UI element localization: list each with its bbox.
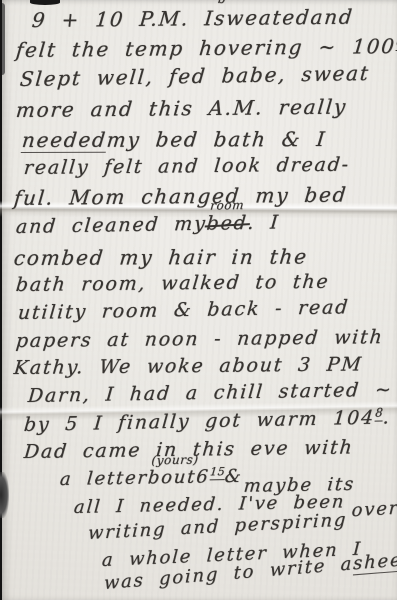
- handwriting-segment: bath room, walked to the: [15, 271, 331, 296]
- handwriting-segment: .: [382, 406, 392, 428]
- handwriting-correction: bout(yours): [147, 467, 197, 489]
- handwritten-line-10: bath room, walked to the: [15, 271, 331, 296]
- handwriting-segment: 9 + 10 P.M. I: [31, 6, 216, 32]
- handwritten-line-1: 9 + 10 P.M. I sweatedb and: [31, 5, 355, 32]
- handwritten-line-17: a letter bout(yours) 6 15 & maybe its: [59, 463, 355, 490]
- handwriting-segment: sweated: [213, 5, 312, 30]
- handwriting-segment: 15: [209, 465, 226, 480]
- handwritten-line-4: more and this A.M. really: [15, 95, 348, 122]
- handwritten-line-12: papers at noon - napped with: [15, 326, 385, 352]
- handwriting-segment: combed my hair in the: [13, 244, 309, 270]
- handwritten-text-block: 9 + 10 P.M. I sweatedb andfelt the temp …: [2, 0, 397, 600]
- handwriting-segment: &: [224, 466, 244, 487]
- handwriting-segment: papers at noon - napped with: [15, 326, 385, 352]
- handwriting-segment: Kathy. We woke about 3 PM: [13, 353, 364, 379]
- handwriting-segment: over: [351, 498, 397, 522]
- handwritten-line-13: Kathy. We woke about 3 PM: [13, 353, 364, 379]
- handwriting-segment: 6: [195, 466, 210, 487]
- handwritten-line-5: needed my bed bath & I: [21, 127, 328, 153]
- handwriting-segment: by 5 I finally got warm 104: [23, 407, 376, 436]
- handwriting-correction: sweatedb: [213, 5, 312, 30]
- handwritten-line-11: utility room & back - read: [17, 296, 350, 324]
- handwriting-segment: bed: [206, 212, 249, 235]
- inserted-word-above: b: [217, 0, 227, 6]
- handwriting-segment: felt the temp hovering ~ 100: [15, 34, 397, 62]
- handwritten-line-8: and cleaned my bedroom. I: [15, 211, 281, 238]
- handwriting-correction: bedroom: [206, 212, 249, 235]
- handwriting-segment: ful. Mom changed my bed: [13, 182, 349, 210]
- inserted-word-above: room: [210, 198, 245, 213]
- handwritten-line-14: Darn, I had a chill started ~: [27, 379, 394, 407]
- handwriting-segment: more and this A.M. really: [15, 95, 348, 122]
- handwriting-segment: a letter: [59, 467, 149, 490]
- handwritten-line-15: by 5 I finally got warm 1048.: [23, 405, 392, 436]
- handwriting-segment: sheet: [353, 549, 397, 576]
- handwriting-segment: needed: [21, 128, 108, 153]
- handwritten-line-9: combed my hair in the: [13, 244, 309, 270]
- handwriting-segment: and cleaned my: [15, 213, 208, 238]
- handwriting-segment: utility room & back - read: [17, 296, 350, 324]
- handwritten-line-6: really felt and look dread-: [23, 154, 351, 179]
- handwriting-segment: my bed bath & I: [106, 127, 328, 152]
- letter-page: 9 + 10 P.M. I sweatedb andfelt the temp …: [2, 0, 397, 600]
- handwritten-line-2: felt the temp hovering ~ 1006 ~: [15, 34, 397, 62]
- handwriting-segment: really felt and look dread-: [23, 154, 351, 179]
- handwritten-line-3: Slept well, fed babe, sweat: [19, 61, 371, 91]
- handwriting-segment: Darn, I had a chill started ~: [27, 379, 394, 407]
- handwritten-line-7: ful. Mom changed my bed: [13, 182, 349, 210]
- handwriting-segment: bout: [147, 467, 197, 489]
- handwriting-segment: and: [310, 5, 355, 29]
- handwriting-segment: Slept well, fed babe, sweat: [19, 61, 371, 91]
- inserted-word-above: (yours): [151, 453, 199, 468]
- handwriting-segment: . I: [247, 211, 281, 234]
